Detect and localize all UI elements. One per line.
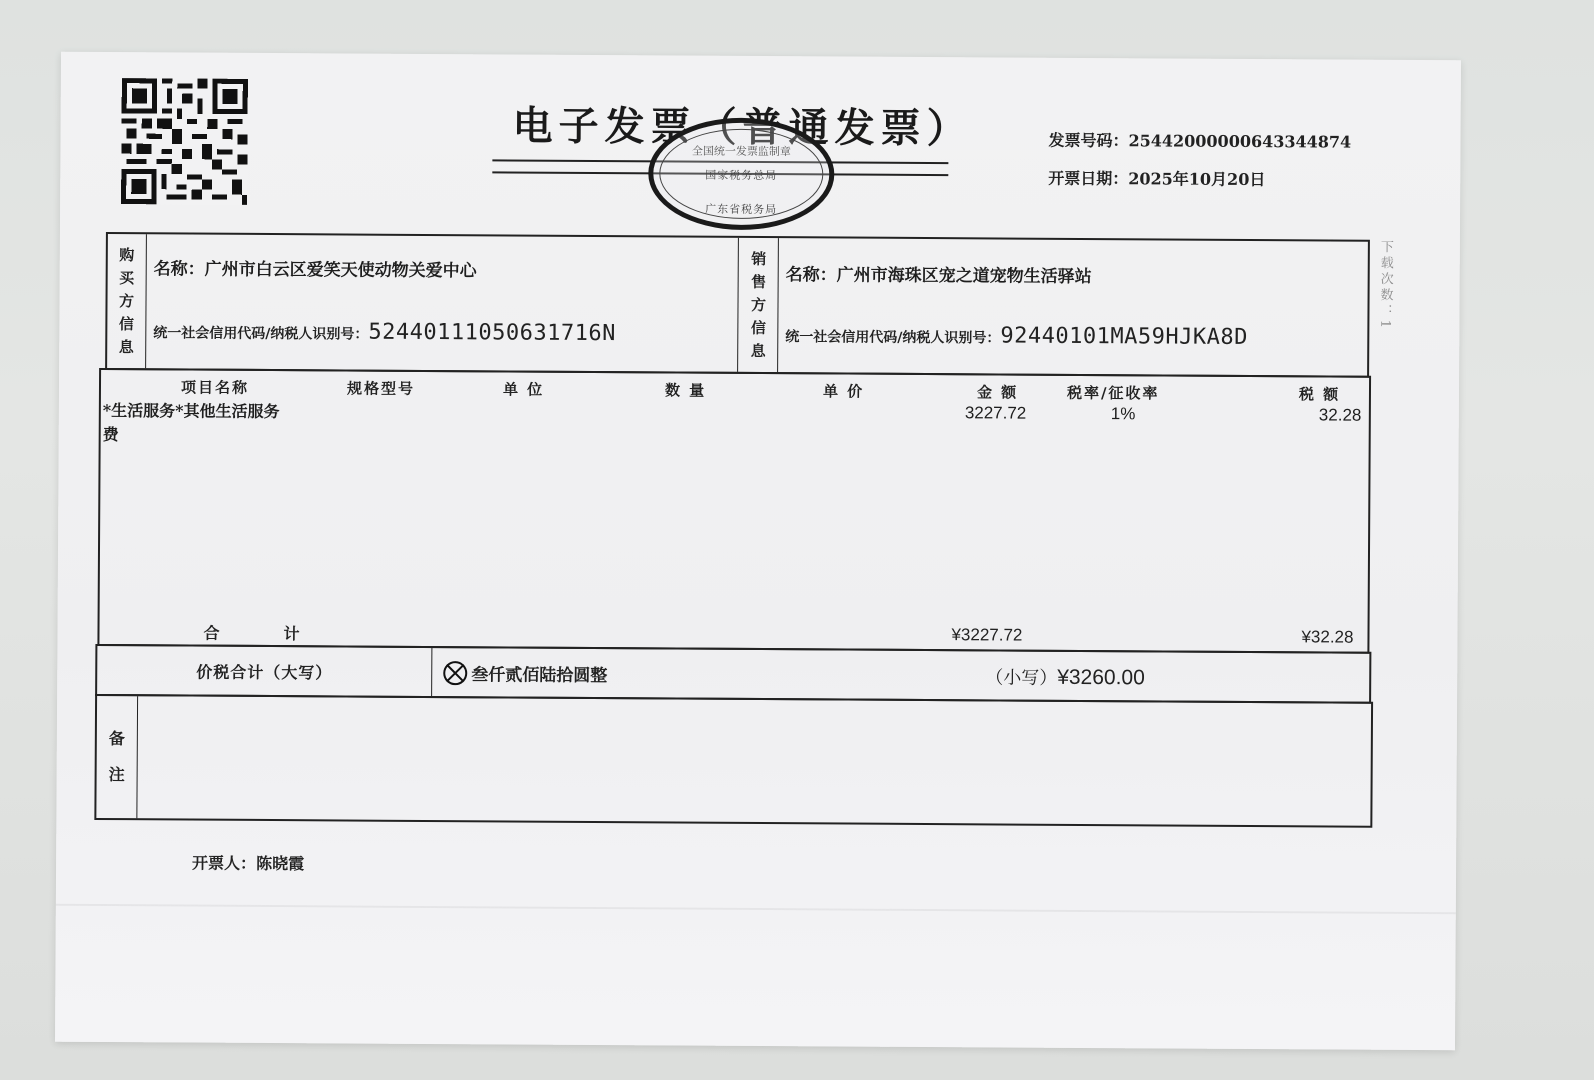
stamp-top-text: 全国统一发票监制章 — [653, 142, 829, 159]
invoice-number: 25442000000643344874 — [1128, 131, 1351, 151]
invoice-meta: 发票号码：25442000000643344874 开票日期：2025年10月2… — [1048, 122, 1351, 200]
item-tax: 32.28 — [1319, 405, 1362, 425]
items-table: 项目名称 规格型号 单 位 数 量 单 价 金 额 税率/征收率 税 额 *生活… — [97, 368, 1371, 654]
invoice-paper: 电子发票（普通发票） 全国统一发票监制章 国家税务总局 广东省税务局 发票号码：… — [55, 52, 1461, 1051]
seller-name-label: 名称： — [786, 265, 837, 285]
paper-fold — [56, 904, 1456, 915]
total-label: 合 计 — [203, 621, 299, 645]
buyer-id-label: 统一社会信用代码/纳税人识别号： — [153, 325, 368, 342]
seller-label-char: 方 — [751, 293, 766, 316]
seller-tax-id: 92440101MA59HJKA8D — [1000, 323, 1248, 350]
grand-total-label: 价税合计（大写） — [97, 646, 432, 696]
item-name-line2: 费 — [103, 422, 119, 445]
seller-label-char: 息 — [751, 339, 766, 362]
issuer-row: 开票人：陈晓霞 — [192, 851, 304, 875]
invoice-date-label: 开票日期： — [1048, 169, 1128, 188]
header-tax-rate: 税率/征收率 — [1067, 382, 1160, 404]
invoice-number-label: 发票号码： — [1048, 131, 1128, 150]
seller-label-char: 信 — [751, 316, 766, 339]
remarks-label-char: 备 — [109, 721, 125, 757]
total-amount: ¥3227.72 — [951, 625, 1022, 645]
item-name-line1: *生活服务*其他生活服务 — [103, 398, 280, 422]
invoice-date: 2025年10月20日 — [1128, 169, 1265, 189]
buyer-label-char: 方 — [119, 290, 134, 313]
circled-x-icon — [443, 661, 467, 685]
buyer-name-row: 名称：广州市白云区爱笑天使动物关爱中心 — [154, 254, 477, 281]
buyer-label-char: 息 — [119, 336, 134, 359]
seller-section-label: 销 售 方 信 息 — [739, 238, 779, 372]
remarks-section: 备 注 — [94, 694, 1373, 828]
issuer-name: 陈晓霞 — [256, 854, 304, 873]
lowercase-label: （小写） — [985, 667, 1057, 688]
header-tax: 税 额 — [1299, 383, 1340, 404]
tax-seal-stamp: 全国统一发票监制章 国家税务总局 广东省税务局 — [648, 117, 835, 230]
grand-total-lowercase-row: （小写）¥3260.00 — [985, 663, 1145, 690]
header-qty: 数 量 — [665, 379, 706, 400]
buyer-label-char: 买 — [119, 267, 134, 290]
seller-label-char: 销 — [751, 247, 766, 270]
header-unit: 单 位 — [503, 378, 544, 399]
header-spec: 规格型号 — [347, 377, 415, 398]
download-count-note: 下载次数：1 — [1375, 240, 1395, 331]
header-amount: 金 额 — [977, 381, 1018, 402]
remarks-label-char: 注 — [108, 757, 124, 793]
qr-code-icon — [120, 78, 249, 205]
buyer-name-label: 名称： — [154, 259, 205, 279]
invoice-number-row: 发票号码：25442000000643344874 — [1048, 122, 1351, 162]
stamp-bottom-text: 广东省税务局 — [653, 200, 829, 217]
header-unit-price: 单 价 — [823, 380, 864, 401]
buyer-tax-id: 52440111050631716N — [368, 320, 616, 347]
buyer-name: 广州市白云区爱笑天使动物关爱中心 — [205, 260, 477, 282]
total-tax: ¥32.28 — [1301, 627, 1353, 647]
seller-name: 广州市海珠区宠之道宠物生活驿站 — [837, 265, 1092, 287]
buyer-label-char: 购 — [119, 244, 134, 267]
grand-total-lowercase: ¥3260.00 — [1057, 666, 1145, 690]
item-tax-rate: 1% — [1111, 404, 1136, 424]
grand-total-uppercase-row: 叁仟贰佰陆拾圆整 — [443, 660, 607, 686]
buyer-label-char: 信 — [119, 313, 134, 336]
seller-label-char: 售 — [751, 270, 766, 293]
seller-name-row: 名称：广州市海珠区宠之道宠物生活驿站 — [786, 260, 1092, 287]
stamp-middle-text: 国家税务总局 — [653, 166, 829, 183]
header-item-name: 项目名称 — [181, 376, 249, 397]
party-info-section: 购 买 方 信 息 名称：广州市白云区爱笑天使动物关爱中心 统一社会信用代码/纳… — [105, 232, 1370, 378]
issuer-label: 开票人： — [192, 854, 256, 873]
seller-id-row: 统一社会信用代码/纳税人识别号：92440101MA59HJKA8D — [785, 322, 1248, 350]
invoice-date-row: 开票日期：2025年10月20日 — [1048, 160, 1351, 200]
remarks-label: 备 注 — [96, 696, 138, 818]
item-amount: 3227.72 — [965, 403, 1027, 423]
buyer-id-row: 统一社会信用代码/纳税人识别号：52440111050631716N — [153, 318, 616, 346]
grand-total-uppercase: 叁仟贰佰陆拾圆整 — [471, 660, 607, 686]
seller-id-label: 统一社会信用代码/纳税人识别号： — [785, 329, 1000, 346]
buyer-section-label: 购 买 方 信 息 — [107, 234, 147, 368]
